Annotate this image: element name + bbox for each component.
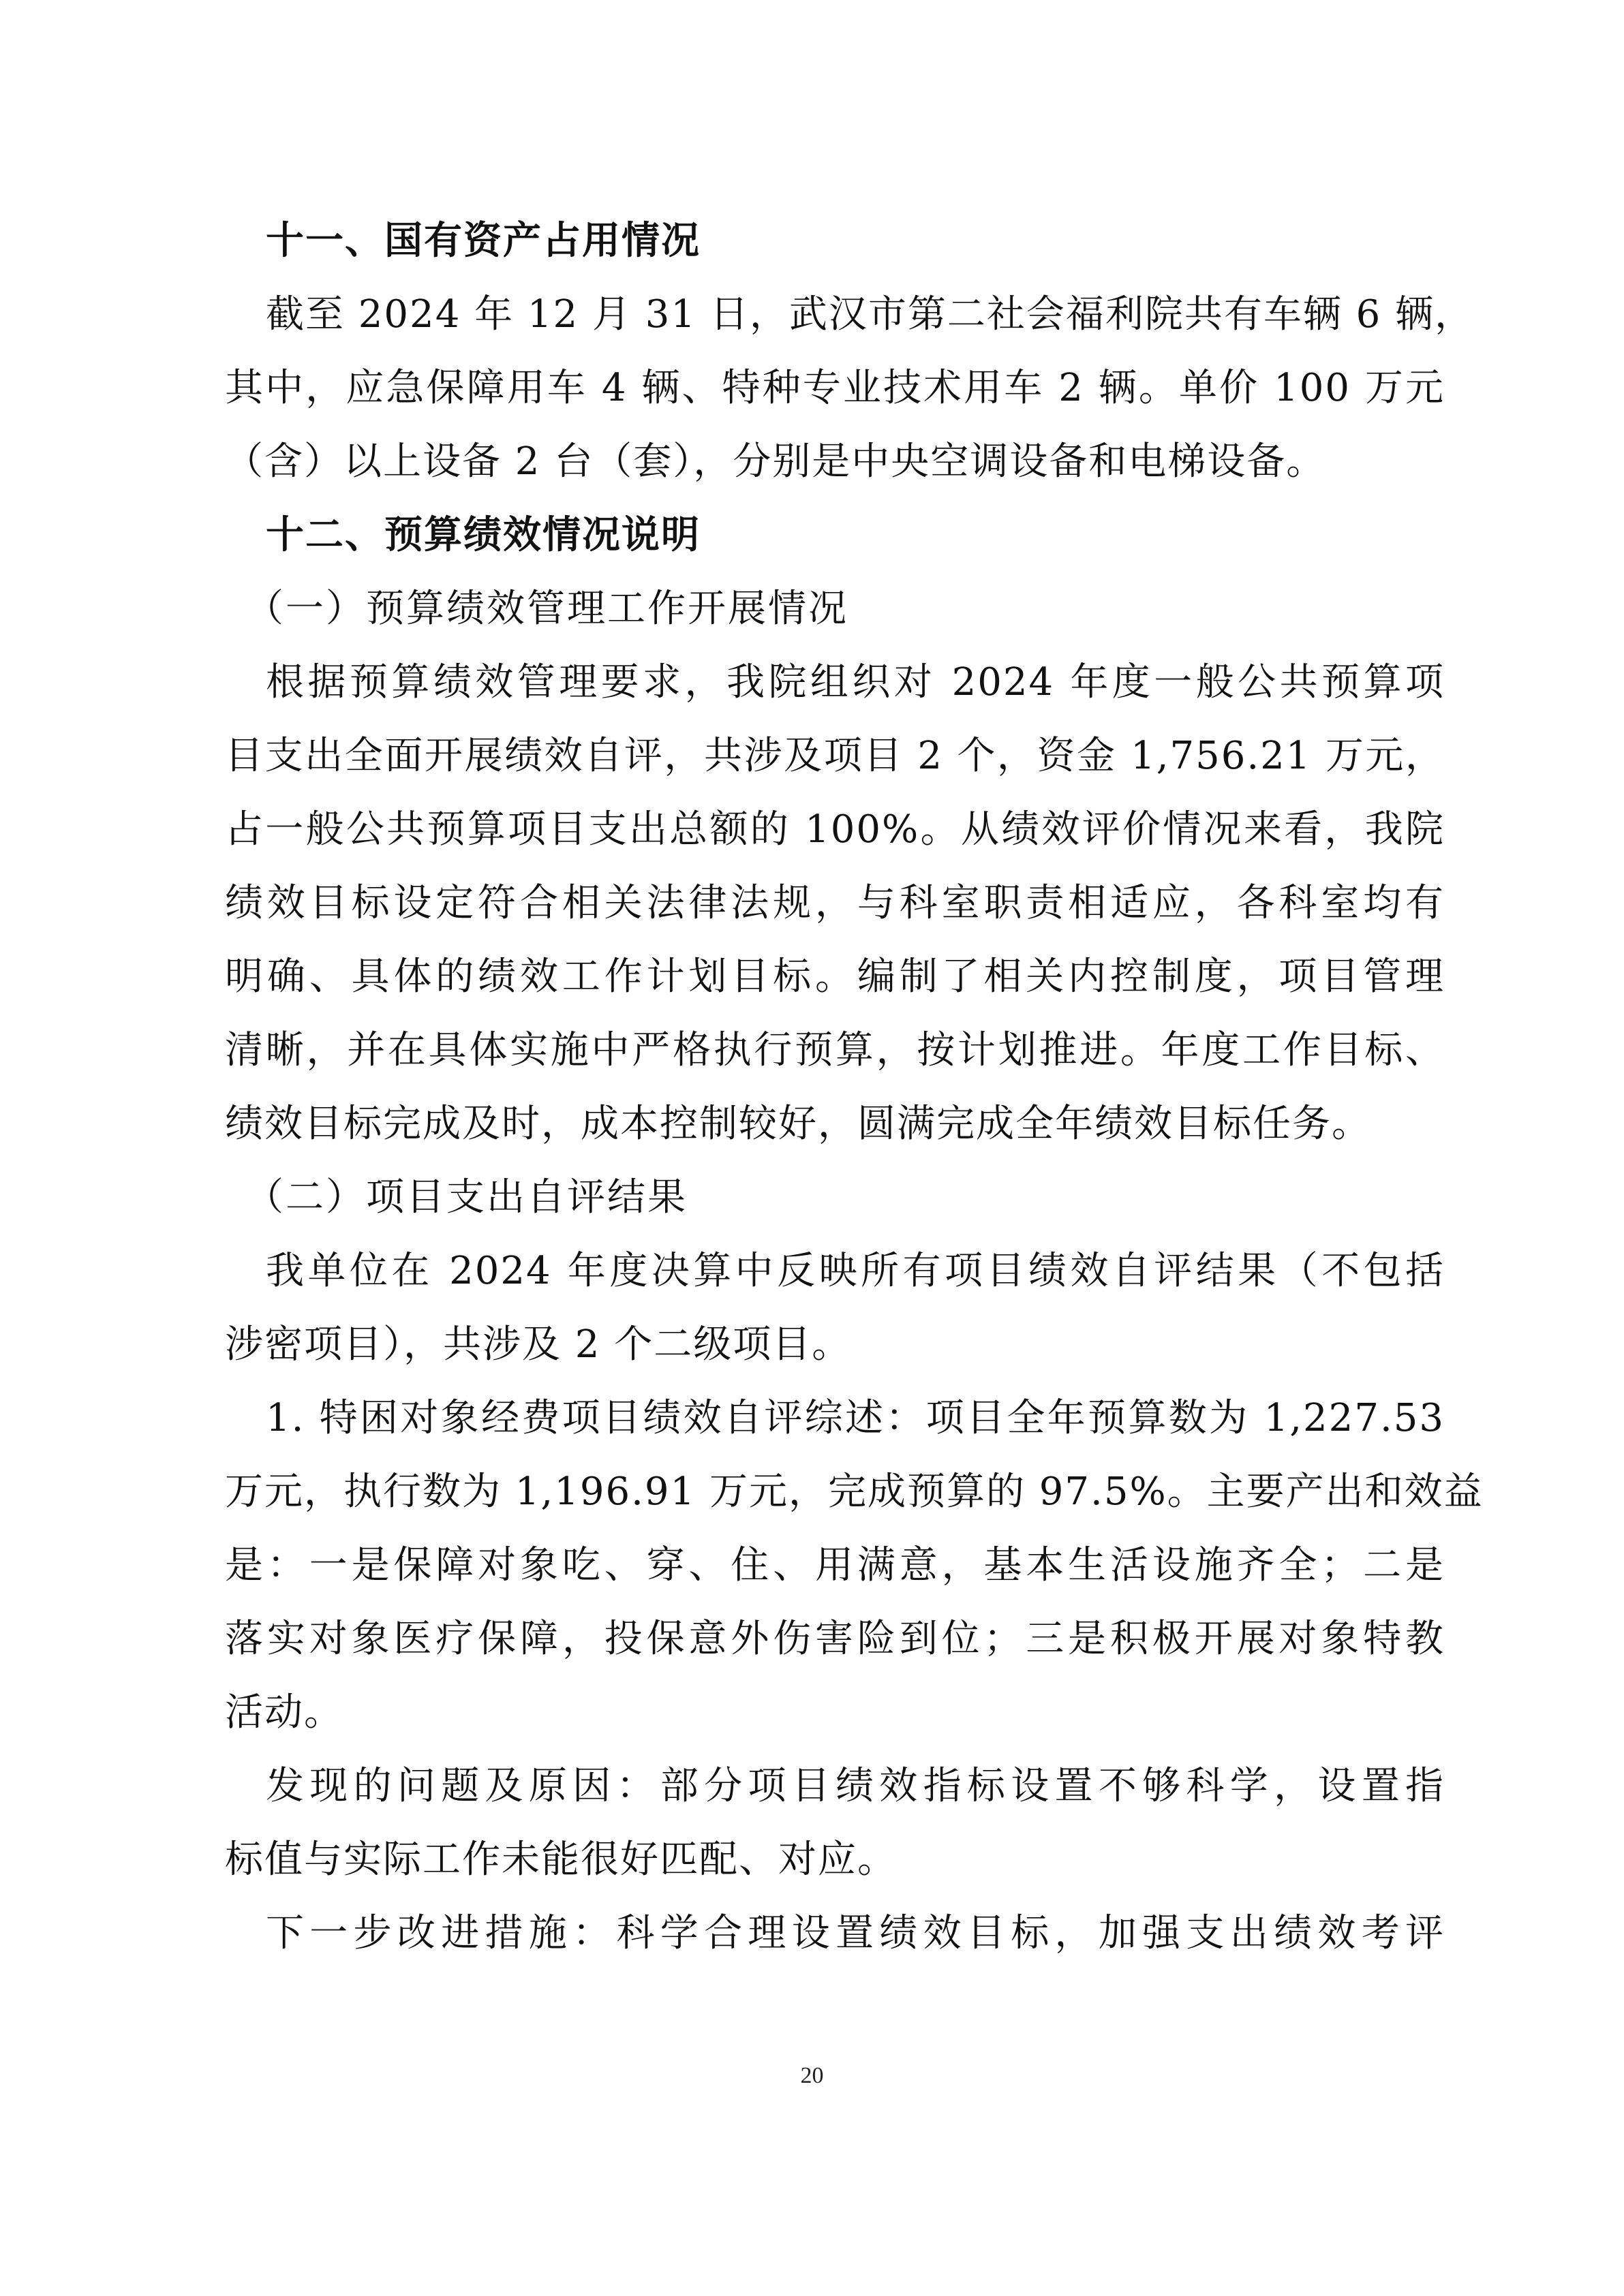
paragraph-line: 占一般公共预算项目支出总额的 100%。从绩效评价情况来看，我院 <box>225 808 1445 852</box>
paragraph-line: 涉密项目），共涉及 2 个二级项目。 <box>225 1323 851 1367</box>
page-number: 20 <box>0 2063 1624 2089</box>
subsection-heading-management: （一）预算绩效管理工作开展情况 <box>245 587 848 631</box>
paragraph-line: （含）以上设备 2 台（套），分别是中央空调设备和电梯设备。 <box>225 440 1326 484</box>
paragraph-line: 明确、具体的绩效工作计划目标。编制了相关内控制度，项目管理 <box>225 955 1445 999</box>
section-heading-budget-performance: 十二、预算绩效情况说明 <box>266 514 701 557</box>
paragraph-line: 1. 特困对象经费项目绩效自评综述：项目全年预算数为 1,227.53 <box>266 1397 1445 1440</box>
paragraph-line: 目支出全面开展绩效自评，共涉及项目 2 个，资金 1,756.21 万元， <box>225 734 1445 778</box>
paragraph-line: 万元，执行数为 1,196.91 万元，完成预算的 97.5%。主要产出和效益 <box>225 1470 1445 1514</box>
subsection-heading-self-evaluation: （二）项目支出自评结果 <box>245 1176 688 1220</box>
paragraph-line: 根据预算绩效管理要求，我院组织对 2024 年度一般公共预算项 <box>266 661 1445 704</box>
paragraph-line: 是：一是保障对象吃、穿、住、用满意，基本生活设施齐全；二是 <box>225 1544 1445 1587</box>
paragraph-line: 绩效目标设定符合相关法律法规，与科室职责相适应，各科室均有 <box>225 882 1445 925</box>
paragraph-line: 我单位在 2024 年度决算中反映所有项目绩效自评结果（不包括 <box>266 1250 1445 1293</box>
paragraph-line: 下一步改进措施：科学合理设置绩效目标，加强支出绩效考评 <box>266 1912 1445 1955</box>
paragraph-line: 截至 2024 年 12 月 31 日，武汉市第二社会福利院共有车辆 6 辆， <box>266 293 1445 337</box>
paragraph-line: 清晰，并在具体实施中严格执行预算，按计划推进。年度工作目标、 <box>225 1029 1445 1072</box>
paragraph-line: 标值与实际工作未能很好匹配、对应。 <box>225 1838 897 1882</box>
paragraph-line: 活动。 <box>225 1691 343 1735</box>
paragraph-line: 其中，应急保障用车 4 辆、特种专业技术用车 2 辆。单价 100 万元 <box>225 367 1445 410</box>
paragraph-line: 绩效目标完成及时，成本控制较好，圆满完成全年绩效目标任务。 <box>225 1102 1371 1146</box>
paragraph-line: 落实对象医疗保障，投保意外伤害险到位；三是积极开展对象特教 <box>225 1617 1445 1661</box>
section-heading-state-assets: 十一、国有资产占用情况 <box>266 219 701 263</box>
paragraph-line: 发现的问题及原因：部分项目绩效指标设置不够科学，设置指 <box>266 1765 1445 1808</box>
